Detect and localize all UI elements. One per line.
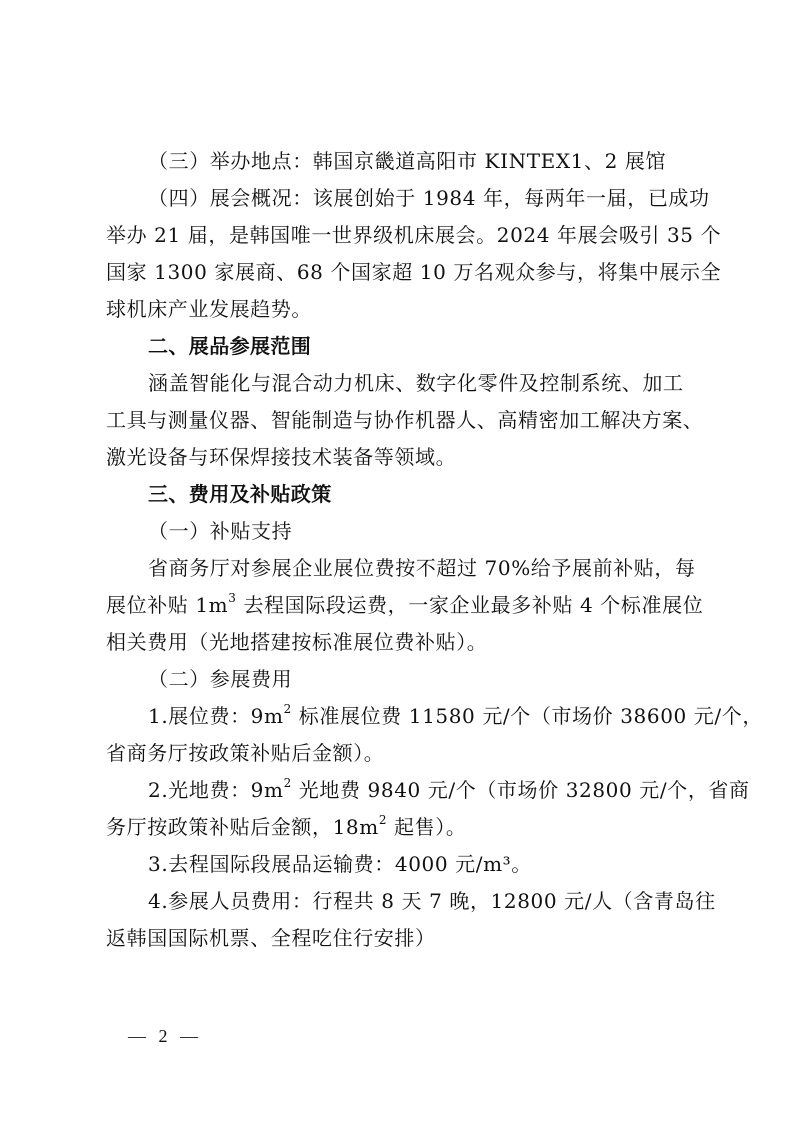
subsidy-line-2: 展位补贴 1m3 去程国际段运费，一家企业最多补贴 4 个标准展位: [106, 587, 702, 624]
overview-line-3: 国家 1300 家展商、68 个国家超 10 万名观众参与，将集中展示全: [106, 254, 702, 291]
text-segment: 去程国际段运费，一家企业最多补贴 4 个标准展位: [237, 593, 704, 617]
subheading-subsidy-support: （一）补贴支持: [106, 513, 702, 550]
text-segment: 展位补贴 1m: [106, 593, 228, 617]
document-body: （三）举办地点：韩国京畿道高阳市 KINTEX1、2 展馆 （四）展会概况：该展…: [106, 143, 702, 957]
overview-line-4: 球机床产业发展趋势。: [106, 291, 702, 328]
personnel-fee-line-2: 返韩国国际机票、全程吃住行安排）: [106, 920, 702, 957]
page-number: — 2 —: [128, 1026, 202, 1047]
overview-line-2: 举办 21 届，是韩国唯一世界级机床展会。2024 年展会吸引 35 个: [106, 217, 702, 254]
text-segment: 务厅按政策补贴后金额，18m: [106, 815, 379, 839]
venue-line: （三）举办地点：韩国京畿道高阳市 KINTEX1、2 展馆: [106, 143, 702, 180]
section-heading-exhibit-scope: 二、展品参展范围: [106, 328, 702, 365]
overview-line-1: （四）展会概况：该展创始于 1984 年，每两年一届，已成功: [106, 180, 702, 217]
text-segment: 1.展位费：9m: [148, 704, 284, 728]
subsidy-line-3: 相关费用（光地搭建按标准展位费补贴）。: [106, 624, 702, 661]
booth-fee-line-1: 1.展位费：9m2 标准展位费 11580 元/个（市场价 38600 元/个，: [106, 698, 702, 735]
scope-line-3: 激光设备与环保焊接技术装备等领域。: [106, 439, 702, 476]
subheading-participation-fees: （二）参展费用: [106, 661, 702, 698]
superscript: 2: [379, 813, 387, 827]
document-page: （三）举办地点：韩国京畿道高阳市 KINTEX1、2 展馆 （四）展会概况：该展…: [0, 0, 800, 1131]
superscript: 3: [228, 591, 236, 605]
superscript: 2: [284, 702, 292, 716]
text-segment: 2.光地费：9m: [148, 778, 284, 802]
text-segment: 光地费 9840 元/个（市场价 32800 元/个，省商: [292, 778, 750, 802]
text-segment: 标准展位费 11580 元/个（市场价 38600 元/个，: [292, 704, 763, 728]
booth-fee-line-2: 省商务厅按政策补贴后金额）。: [106, 735, 702, 772]
text-segment: 起售）。: [387, 815, 466, 839]
shipping-fee-line: 3.去程国际段展品运输费：4000 元/m³。: [106, 846, 702, 883]
section-heading-fees-subsidy: 三、费用及补贴政策: [106, 476, 702, 513]
scope-line-2: 工具与测量仪器、智能制造与协作机器人、高精密加工解决方案、: [106, 402, 702, 439]
raw-space-fee-line-1: 2.光地费：9m2 光地费 9840 元/个（市场价 32800 元/个，省商: [106, 772, 702, 809]
raw-space-fee-line-2: 务厅按政策补贴后金额，18m2 起售）。: [106, 809, 702, 846]
personnel-fee-line-1: 4.参展人员费用：行程共 8 天 7 晚，12800 元/人（含青岛往: [106, 883, 702, 920]
superscript: 2: [284, 776, 292, 790]
subsidy-line-1: 省商务厅对参展企业展位费按不超过 70%给予展前补贴，每: [106, 550, 702, 587]
scope-line-1: 涵盖智能化与混合动力机床、数字化零件及控制系统、加工: [106, 365, 702, 402]
